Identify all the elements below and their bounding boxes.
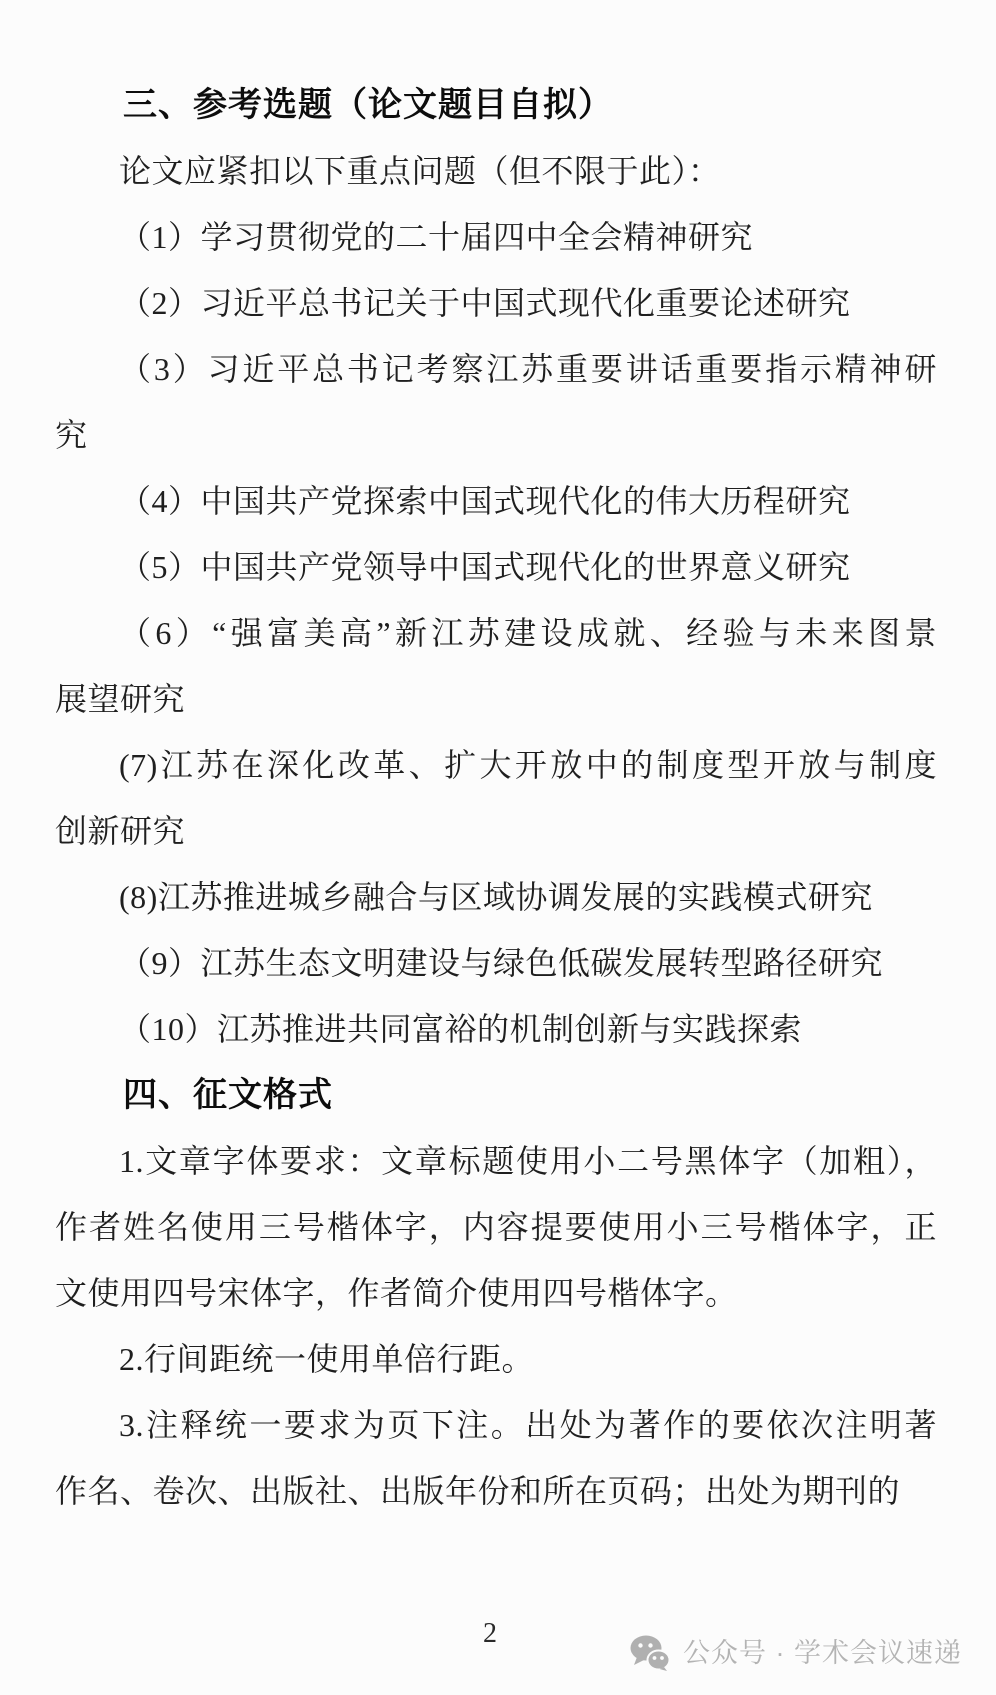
document-body: 三、参考选题（论文题目自拟）论文应紧扣以下重点问题（但不限于此）：（1）学习贯彻…	[55, 72, 937, 1524]
document-page: { "page": { "background_color": "#fcfcfc…	[0, 0, 996, 1695]
section-heading: 三、参考选题（论文题目自拟）	[55, 72, 937, 138]
paragraph-line: （3）习近平总书记考察江苏重要讲话重要指示精神研	[55, 336, 937, 402]
paragraph-line: 3.注释统一要求为页下注。出处为著作的要依次注明著	[55, 1392, 937, 1458]
section-heading: 四、征文格式	[55, 1062, 937, 1128]
paragraph-line: （10）江苏推进共同富裕的机制创新与实践探索	[55, 996, 937, 1062]
paragraph-line: 文使用四号宋体字，作者简介使用四号楷体字。	[55, 1260, 937, 1326]
paragraph-line: （2）习近平总书记关于中国式现代化重要论述研究	[55, 270, 937, 336]
paragraph-line: 2.行间距统一使用单倍行距。	[55, 1326, 937, 1392]
paragraph-line: 论文应紧扣以下重点问题（但不限于此）：	[55, 138, 937, 204]
paragraph-line: 创新研究	[55, 798, 937, 864]
paragraph-line: （4）中国共产党探索中国式现代化的伟大历程研究	[55, 468, 937, 534]
paragraph-line: （5）中国共产党领导中国式现代化的世界意义研究	[55, 534, 937, 600]
wechat-icon	[630, 1635, 670, 1671]
paragraph-line: （9）江苏生态文明建设与绿色低碳发展转型路径研究	[55, 930, 937, 996]
paragraph-line: 作名、卷次、出版社、出版年份和所在页码；出处为期刊的	[55, 1458, 937, 1524]
paragraph-line: （6）“强富美高”新江苏建设成就、经验与未来图景	[55, 600, 937, 666]
watermark: 公众号 · 学术会议速递	[630, 1633, 962, 1673]
paragraph-line: 作者姓名使用三号楷体字，内容提要使用小三号楷体字，正	[55, 1194, 937, 1260]
paragraph-line: 究	[55, 402, 937, 468]
paragraph-line: 1.文章字体要求：文章标题使用小二号黑体字（加粗），	[55, 1128, 937, 1194]
paragraph-line: (7)江苏在深化改革、扩大开放中的制度型开放与制度	[55, 732, 937, 798]
watermark-label: 公众号 · 学术会议速递	[683, 1633, 962, 1673]
paragraph-line: （1）学习贯彻党的二十届四中全会精神研究	[55, 204, 937, 270]
paragraph-line: (8)江苏推进城乡融合与区域协调发展的实践模式研究	[55, 864, 937, 930]
paragraph-line: 展望研究	[55, 666, 937, 732]
